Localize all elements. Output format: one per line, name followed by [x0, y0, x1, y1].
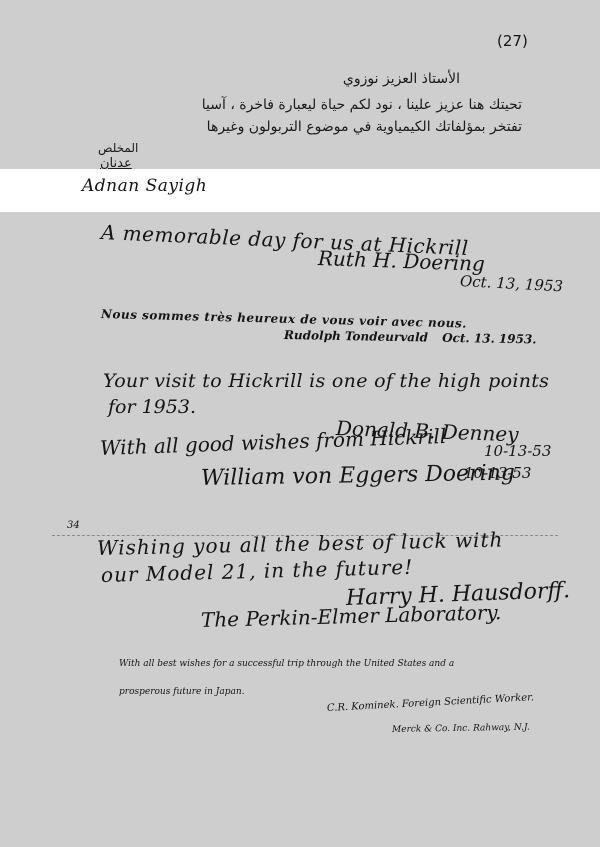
signature-kominek: C.R. Kominek. Foreign Scientific Worker.	[327, 693, 535, 714]
arabic-closing: المخلص	[98, 142, 138, 154]
arabic-body-line-2: تفتخر بمؤلفاتك الكيمياوية في موضوع الترب…	[207, 120, 522, 134]
arabic-body-line-1: تحيتك هنا عزيز علينا ، نود لكم حياة ليعب…	[202, 98, 522, 112]
entry-merck-line-1: With all best wishes for a successful tr…	[119, 660, 454, 669]
scanned-guestbook-page: (27) الأستاذ العزيز نوزوي تحيتك هنا عزيز…	[0, 0, 600, 847]
arabic-signature: عدنان	[100, 157, 132, 170]
signature-rudolph: Rudolph Tondeurvald	[284, 328, 428, 345]
entry-french-date: Oct. 13. 1953.	[442, 331, 537, 347]
entry-merck-organization: Merck & Co. Inc. Rahway, N.J.	[392, 724, 530, 735]
arabic-salutation: الأستاذ العزيز نوزوي	[343, 72, 460, 86]
entry-french-message: Nous sommes très heureux de vous voir av…	[101, 308, 467, 330]
entry-denney-line-1: Your visit to Hickrill is one of the hig…	[103, 372, 549, 391]
signature-ruth-doering: Ruth H. Doering	[318, 248, 486, 274]
entry-french-signature: Rudolph Tondeurvald Oct. 13. 1953.	[284, 329, 537, 345]
entry-denney-line-2: for 1953.	[108, 398, 196, 417]
signature-adnan-sayigh: Adnan Sayigh	[82, 178, 207, 195]
entry-doering-date: Oct. 13, 1953	[460, 274, 564, 294]
page-number: (27)	[497, 34, 528, 49]
entry-denney-date: 10-13-53	[484, 444, 551, 459]
entry-w-doering-date: 10-13-53	[464, 466, 531, 481]
entry-hausdorff-line-2: our Model 21, in the future!	[101, 557, 414, 585]
entry-merck-line-2: prosperous future in Japan.	[119, 688, 245, 697]
entry-w-doering-message: With all good wishes from Hickrill	[100, 426, 447, 458]
section-marker: 34	[67, 521, 80, 531]
entry-hausdorff-line-1: Wishing you all the best of luck with	[97, 529, 504, 558]
entry-hausdorff-organization: The Perkin-Elmer Laboratory.	[201, 602, 502, 630]
